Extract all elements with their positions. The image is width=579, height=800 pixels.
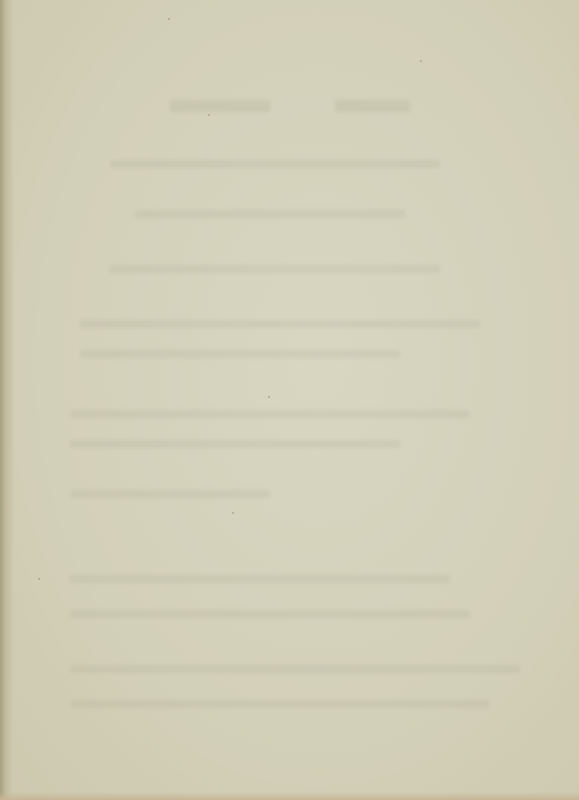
ghost-text-line: [80, 320, 480, 328]
ghost-text-line: [70, 410, 470, 418]
paper-speck: [232, 512, 234, 514]
ghost-text-line: [335, 100, 410, 112]
ghost-text-line: [70, 575, 450, 583]
binding-edge: [0, 0, 14, 800]
paper-speck: [38, 578, 40, 580]
paper-speck: [168, 18, 170, 20]
ghost-text-line: [110, 265, 440, 273]
ghost-text-line: [70, 490, 270, 498]
ghost-text-line: [70, 665, 520, 673]
ghost-text-line: [80, 350, 400, 358]
paper-speck: [268, 396, 270, 398]
ghost-text-line: [110, 160, 440, 168]
ghost-text-line: [135, 210, 405, 218]
scanned-page: [0, 0, 579, 800]
ghost-text-line: [70, 610, 470, 618]
paper-speck: [208, 114, 210, 116]
paper-speck: [420, 60, 422, 62]
page-bottom-edge: [0, 792, 579, 800]
ghost-text-line: [70, 700, 490, 708]
ghost-text-line: [170, 100, 270, 112]
ghost-text-line: [70, 440, 400, 448]
